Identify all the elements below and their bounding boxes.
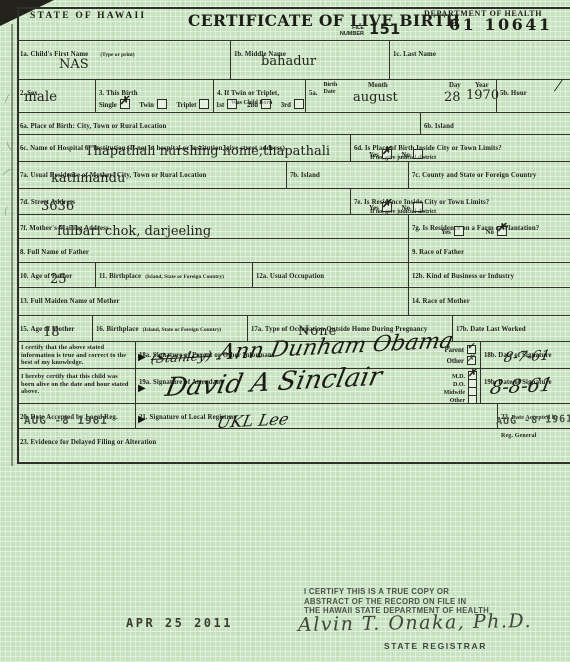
field-6c: 6c.Name of Hospital or Institution (If n… (17, 135, 350, 161)
field-number: 16. (96, 326, 105, 333)
field-number: 11. (99, 273, 107, 280)
field-number: 1b. (234, 51, 243, 58)
field-17b: 17b.Date Last Worked (452, 316, 570, 341)
field-label: Full Maiden Name of Mother (31, 298, 120, 305)
field-7b: 7b.Island (286, 162, 408, 188)
month-value: august (353, 90, 398, 105)
check-mark: ✗ (497, 221, 506, 234)
field-number: 6b. (424, 123, 433, 130)
check-mark: ✗ (467, 354, 475, 364)
field-label: County and State or Foreign Country (422, 172, 536, 179)
field-6d: 6d.Is Place of Birth Inside City or Town… (350, 135, 570, 161)
mother-age-value: 18 (43, 325, 60, 340)
pencil-mark (6, 139, 17, 152)
yes-label: Yes (441, 229, 451, 236)
field-1b: 1b.Middle Name bahadur (230, 41, 389, 79)
field-1a: 1a.Child's First Name (Type or print) NA… (17, 41, 230, 79)
certify-statement-2: I hereby certify that this child was bor… (17, 369, 135, 403)
row-mother-name: 13.Full Maiden Name of Mother 14.Race of… (17, 287, 570, 315)
option-twin-label: Twin (139, 102, 154, 109)
row-birth-info: 2.Sex male 3.This Birth Single✗ Twin Tri… (17, 79, 570, 112)
hospital-value: Thapathali nurshing home,thapathali (85, 144, 330, 159)
row-residence: 7a.Usual Residence of Mother: City, Town… (17, 161, 570, 188)
field-number: 6c. (20, 145, 28, 152)
file-number-value: 151 (369, 22, 401, 38)
field-5b: 5b.Hour / (496, 80, 570, 112)
field-6b: 6b.Island (420, 113, 570, 134)
field-number: 23. (20, 439, 29, 446)
signature-prefix: (Stanley) (149, 349, 212, 367)
field-5a: 5a. BirthDate Month august Day 28 Year 1… (305, 80, 496, 112)
year-value: 1970 (466, 88, 499, 103)
field-label: Place of Birth: City, Town or Rural Loca… (31, 123, 167, 130)
field-number: 1a. (20, 51, 29, 58)
field-3: 3.This Birth Single✗ Twin Triplet (95, 80, 213, 112)
field-number: 7a. (20, 172, 29, 179)
father-age-value: 25 (50, 272, 67, 287)
row-registrar: 20.Date Accepted by Local Reg. AUG -8 19… (17, 403, 570, 428)
hour-handwritten-mark: / (554, 78, 562, 94)
field-label: Birthplace (107, 326, 139, 333)
field-number: 12a. (256, 273, 268, 280)
field-hint: (Island, State or Foreign Country) (143, 327, 222, 333)
birth-certificate-document: STATE OF HAWAII CERTIFICATE OF LIVE BIRT… (0, 0, 570, 662)
field-number: 4. (217, 90, 222, 97)
field-2: 2.Sex male (17, 80, 95, 112)
certificate-number: 61 10641 (449, 15, 553, 34)
signature-date-value: 8-8-61 (488, 374, 554, 399)
field-13: 13.Full Maiden Name of Mother (17, 288, 408, 315)
row-parent-signature: I certify that the above stated informat… (17, 341, 570, 368)
mailing-address-value: fulbari chok, darjeeling (57, 224, 211, 239)
certification-line: ABSTRACT OF THE RECORD ON FILE IN (304, 597, 466, 606)
certify-statement-1: I certify that the above stated informat… (17, 342, 135, 368)
no-label: No (486, 229, 494, 236)
checkbox-3rd (294, 99, 304, 109)
field-number: 14. (412, 298, 421, 305)
field-number: 5b. (500, 90, 509, 97)
day-label: Day (449, 82, 461, 89)
field-label: Race of Father (419, 249, 464, 256)
checkbox-twin (157, 99, 167, 109)
field-number: 15. (20, 326, 29, 333)
field-4: 4.If Twin or Triplet, Was Child Born 1st… (213, 80, 305, 112)
checkbox-7e-yes: ✗ (382, 202, 392, 212)
field-number: 7g. (412, 225, 421, 232)
field-1c: 1c.Last Name (389, 41, 570, 79)
field-label: Date Last Worked (470, 326, 526, 333)
field-number: 10. (20, 273, 29, 280)
no-label: No (402, 205, 410, 212)
checkbox-2nd (261, 99, 271, 109)
field-number: 7e. (354, 199, 362, 206)
field-number: 9. (412, 249, 417, 256)
field-14: 14.Race of Mother (408, 288, 570, 315)
field-label: Island (435, 123, 454, 130)
field-22: 22.Date Accepted by Reg. General AUG -8 … (497, 404, 570, 428)
option-3rd-label: 3rd (281, 102, 291, 109)
check-mark: ✗ (382, 144, 391, 157)
check-mark: ✗ (468, 368, 476, 379)
file-number-label: FILE NUMBER (330, 25, 364, 37)
field-number: 7b. (290, 172, 299, 179)
field-21: 21.Signature of Local Registrar ▶ UKL Le… (135, 404, 497, 428)
field-7f: 7f.Mother's Mailing Address fulbari chok… (17, 215, 408, 238)
field-number: 12b. (412, 273, 424, 280)
row-delayed-filing: 23.Evidence for Delayed Filing or Altera… (17, 428, 570, 463)
field-number: 6d. (354, 145, 363, 152)
sex-value: male (24, 89, 57, 105)
field-number: 13. (20, 298, 29, 305)
state-registrar-signature: Alvin T. Onaka, Ph.D. (298, 610, 532, 636)
field-12b: 12b.Kind of Business or Industry (408, 263, 570, 287)
field-7c: 7c.County and State or Foreign Country (408, 162, 570, 188)
parent-label: Parent (444, 347, 464, 354)
paper-edge-line (11, 24, 13, 466)
field-19b: 19b.Date of Signature 8-8-61 (480, 369, 570, 403)
row-child-name: 1a.Child's First Name (Type or print) NA… (17, 40, 570, 79)
field-number: 17b. (456, 326, 468, 333)
row-father-name: 8.Full Name of Father 9.Race of Father (17, 238, 570, 262)
field-hint: (Island, State or Foreign Country) (145, 274, 224, 280)
row-father-details: 10.Age of Father 25 11.Birthplace (Islan… (17, 262, 570, 287)
checkbox-parent: ✓ (467, 345, 476, 354)
field-label-2: Date (324, 89, 336, 95)
checkbox-7g-yes (454, 226, 464, 236)
field-15: 15.Age of Mother 18 (17, 316, 92, 341)
field-label: Hour (511, 90, 527, 97)
field-19a: 19a.Signature of Attendant ▶ David A Sin… (135, 369, 480, 403)
field-18a: 18a.Signature of Parent or Other Informa… (135, 342, 480, 368)
row-hospital: 6c.Name of Hospital or Institution (If n… (17, 134, 570, 161)
field-hint: (Type or print) (100, 52, 134, 58)
field-number: 7c. (412, 172, 420, 179)
middle-name-value: bahadur (261, 54, 316, 69)
checkbox-single: ✗ (120, 99, 130, 109)
field-number: 1c. (393, 51, 401, 58)
received-date-stamp: APR 25 2011 (126, 616, 233, 630)
field-number: 3. (99, 90, 104, 97)
month-label: Month (368, 82, 388, 89)
state-registrar-title: STATE REGISTRAR (384, 641, 487, 651)
field-7a: 7a.Usual Residence of Mother: City, Town… (17, 162, 286, 188)
row-attendant-signature: I hereby certify that this child was bor… (17, 368, 570, 403)
check-mark: ✗ (382, 197, 391, 210)
option-1st-label: 1st (216, 102, 224, 109)
option-2nd-label: 2nd (247, 102, 258, 109)
field-number: 8. (20, 249, 25, 256)
field-label: Full Name of Father (27, 249, 89, 256)
checkbox-triplet (199, 99, 209, 109)
option-triplet-label: Triplet (177, 102, 197, 109)
field-12a: 12a.Usual Occupation (252, 263, 408, 287)
signature-date-value: 8-7-61 (502, 348, 551, 366)
field-18b: 18b.Date of Signature 8-7-61 (480, 342, 570, 368)
certify-text: I certify that the above stated informat… (21, 344, 131, 367)
reg-general-date-stamp: AUG -8 1961 (496, 414, 570, 428)
signature-arrow-icon: ▶ (138, 383, 146, 394)
checkbox-7g-no: ✗ (497, 226, 507, 236)
certify-text: I hereby certify that this child was bor… (21, 373, 131, 396)
checkbox-6d-no (413, 149, 423, 159)
certificate-title: CERTIFICATE OF LIVE BIRTH (188, 11, 461, 30)
field-label: Birth (324, 82, 338, 88)
field-number: 17a. (251, 326, 263, 333)
other-label: Other (447, 358, 464, 365)
day-value: 28 (444, 90, 461, 105)
check-mark: ✗ (120, 94, 129, 107)
field-9: 9.Race of Father (408, 239, 570, 262)
field-23: 23.Evidence for Delayed Filing or Altera… (17, 429, 570, 463)
number-word: NUMBER (340, 31, 364, 37)
scan-left-edge (0, 0, 7, 470)
field-label: Birthplace (109, 273, 141, 280)
field-7d: 7d.Street Address 3636 (17, 189, 350, 214)
field-6a: 6a.Place of Birth: City, Town or Rural L… (17, 113, 420, 134)
yes-label: Yes (369, 152, 379, 159)
checkbox-1st (227, 99, 237, 109)
field-8: 8.Full Name of Father (17, 239, 408, 262)
certification-line: I CERTIFY THIS IS A TRUE COPY OR (304, 587, 449, 596)
row-place-of-birth: 6a.Place of Birth: City, Town or Rural L… (17, 112, 570, 134)
field-label: Usual Occupation (270, 273, 324, 280)
first-name-value: NAS (59, 57, 89, 72)
field-11: 11.Birthplace (Island, State or Foreign … (95, 263, 252, 287)
field-label: If Twin or Triplet, (224, 90, 279, 97)
residence-value: kathmandu (51, 171, 125, 186)
no-label: No (402, 152, 410, 159)
field-label: Last Name (403, 51, 436, 58)
street-address-value: 3636 (41, 199, 74, 214)
checkbox-6d-yes: ✗ (382, 149, 392, 159)
yes-label: Yes (369, 205, 379, 212)
field-16: 16.Birthplace (Island, State or Foreign … (92, 316, 247, 341)
field-10: 10.Age of Father 25 (17, 263, 95, 287)
field-7g: 7g.Is Residence on a Farm or Plantation?… (408, 215, 570, 238)
field-number: 18b. (484, 352, 496, 359)
row-mailing-address: 7f.Mother's Mailing Address fulbari chok… (17, 214, 570, 238)
field-number: 7d. (20, 199, 29, 206)
field-label: Island (301, 172, 320, 179)
field-number: 5a. (309, 90, 318, 97)
field-20: 20.Date Accepted by Local Reg. AUG -8 19… (17, 404, 135, 428)
field-7e: 7e.Is Residence Inside City or Town Limi… (350, 189, 570, 214)
row-street-address: 7d.Street Address 3636 7e.Is Residence I… (17, 188, 570, 214)
field-label: Kind of Business or Industry (426, 273, 514, 280)
state-heading: STATE OF HAWAII (30, 11, 146, 21)
signature-arrow-icon: ▶ (138, 414, 146, 425)
attendant-signature: David A Sinclair (163, 362, 385, 403)
local-reg-date-stamp: AUG -8 1961 (24, 414, 108, 427)
field-label: Race of Mother (423, 298, 470, 305)
field-label: Evidence for Delayed Filing or Alteratio… (31, 439, 157, 446)
signature-arrow-icon: ▶ (138, 352, 146, 363)
check-mark: ✓ (467, 342, 475, 352)
field-number: 6a. (20, 123, 29, 130)
checkbox-7e-no (413, 202, 423, 212)
checkbox-other-informant: ✗ (467, 356, 476, 365)
field-number: 7f. (20, 225, 27, 232)
option-single-label: Single (99, 102, 117, 109)
